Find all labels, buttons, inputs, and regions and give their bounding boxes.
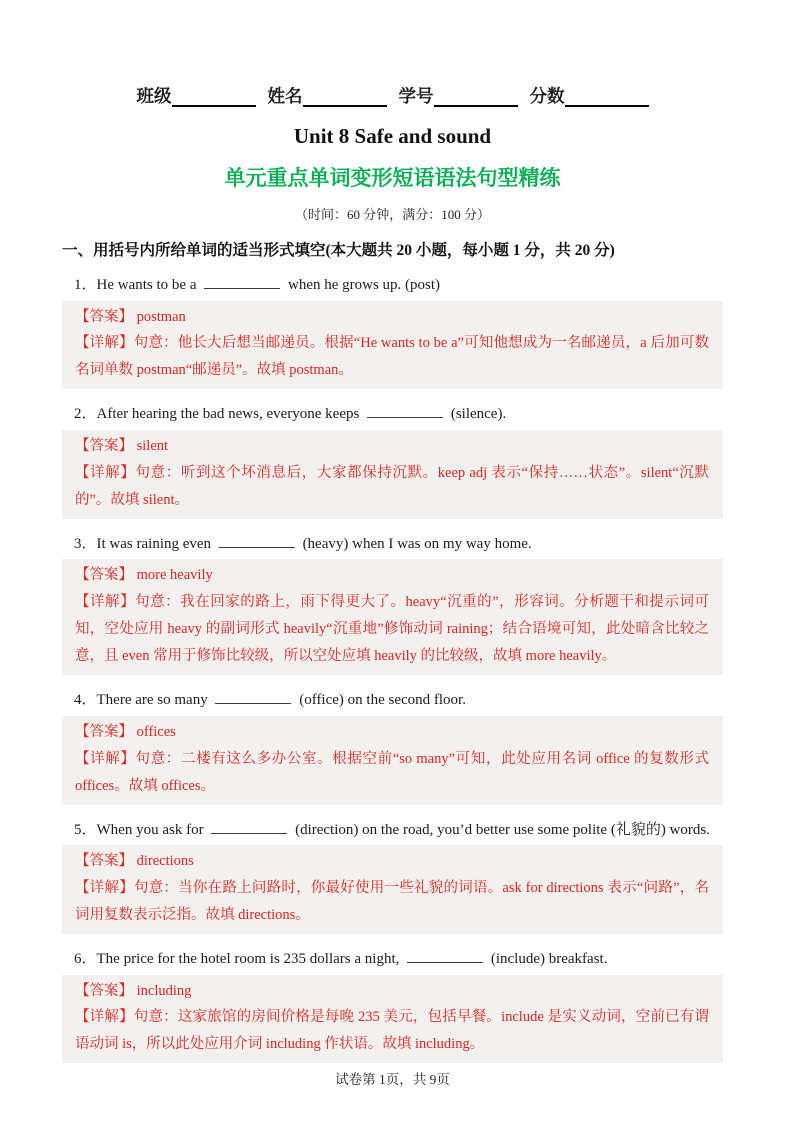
question-6-text-post: (include) breakfast. <box>491 951 608 967</box>
answer-label: 【答案】 <box>75 724 133 740</box>
field-student-id: 学号 <box>399 86 518 107</box>
question-6-number: 6． <box>74 951 97 967</box>
answer-explanation-2: 【详解】句意：听到这个坏消息后，大家都保持沉默。keep adj 表示“保持……… <box>75 460 709 514</box>
answer-explanation-4: 【详解】句意：二楼有这么多办公室。根据空前“so many”可知，此处应用名词 … <box>75 746 709 800</box>
question-3-answer-blank[interactable] <box>219 534 295 548</box>
answer-label: 【答案】 <box>75 309 133 325</box>
answer-value-5: directions <box>137 853 194 869</box>
question-4: 4．There are so many (office) on the seco… <box>62 690 723 711</box>
question-2-number: 2． <box>74 406 97 422</box>
question-2-answer-blank[interactable] <box>367 404 443 418</box>
question-2-text-pre: After hearing the bad news, everyone kee… <box>97 406 360 422</box>
field-score: 分数 <box>530 86 649 107</box>
question-4-text-post: (office) on the second floor. <box>299 692 466 708</box>
question-3: 3．It was raining even (heavy) when I was… <box>62 534 723 555</box>
question-4-text-pre: There are so many <box>97 692 208 708</box>
question-5-answer-blank[interactable] <box>211 820 287 834</box>
question-1-answer-blank[interactable] <box>204 275 280 289</box>
answer-label: 【答案】 <box>75 853 133 869</box>
question-1: 1．He wants to be a when he grows up. (po… <box>62 275 723 296</box>
answer-value-3: more heavily <box>137 567 213 583</box>
field-student-id-label: 学号 <box>399 86 434 107</box>
question-2-text-post: (silence). <box>451 406 506 422</box>
answer-value-4: offices <box>137 724 176 740</box>
answer-line-3: 【答案】 more heavily <box>75 562 709 589</box>
answer-explanation-1: 【详解】句意：他长大后想当邮递员。根据“He wants to be a”可知他… <box>75 330 709 384</box>
question-6: 6．The price for the hotel room is 235 do… <box>62 949 723 970</box>
question-3-text-pre: It was raining even <box>97 536 212 552</box>
answer-block-6: 【答案】 including 【详解】句意：这家旅馆的房间价格是每晚 235 美… <box>62 975 723 1064</box>
answer-value-1: postman <box>137 309 186 325</box>
answer-label: 【答案】 <box>75 983 133 999</box>
exam-page: 班级 姓名 学号 分数 Unit 8 Safe and sound 单元重点单词… <box>0 0 793 1122</box>
question-3-number: 3． <box>74 536 97 552</box>
page-footer: 试卷第 1页，共 9页 <box>62 1068 723 1088</box>
answer-value-6: including <box>137 983 192 999</box>
question-2: 2．After hearing the bad news, everyone k… <box>62 404 723 425</box>
answer-label: 【答案】 <box>75 438 133 454</box>
question-5-text-post: (direction) on the road, you’d better us… <box>295 822 710 838</box>
field-score-blank[interactable] <box>565 88 649 107</box>
answer-explanation-3: 【详解】句意：我在回家的路上，雨下得更大了。heavy“沉重的”，形容词。分析题… <box>75 589 709 670</box>
unit-title: Unit 8 Safe and sound <box>62 124 723 149</box>
answer-line-6: 【答案】 including <box>75 978 709 1005</box>
question-1-text-post: when he grows up. (post) <box>288 277 440 293</box>
answer-block-5: 【答案】 directions 【详解】句意：当你在路上问路时，你最好使用一些礼… <box>62 845 723 934</box>
field-class: 班级 <box>137 86 256 107</box>
question-5-text-pre: When you ask for <box>97 822 204 838</box>
answer-block-4: 【答案】 offices 【详解】句意：二楼有这么多办公室。根据空前“so ma… <box>62 716 723 805</box>
answer-block-1: 【答案】 postman 【详解】句意：他长大后想当邮递员。根据“He want… <box>62 301 723 390</box>
answer-explanation-5: 【详解】句意：当你在路上问路时，你最好使用一些礼貌的词语。ask for dir… <box>75 875 709 929</box>
student-info-line: 班级 姓名 学号 分数 <box>62 86 723 107</box>
answer-line-1: 【答案】 postman <box>75 304 709 331</box>
answer-block-2: 【答案】 silent 【详解】句意：听到这个坏消息后，大家都保持沉默。keep… <box>62 430 723 519</box>
field-name-blank[interactable] <box>303 88 387 107</box>
section-heading: 一、用括号内所给单词的适当形式填空(本大题共 20 小题，每小题 1 分，共 2… <box>62 238 723 260</box>
question-3-text-post: (heavy) when I was on my way home. <box>303 536 532 552</box>
question-1-text-pre: He wants to be a <box>97 277 197 293</box>
answer-label: 【答案】 <box>75 567 133 583</box>
answer-explanation-6: 【详解】句意：这家旅馆的房间价格是每晚 235 美元，包括早餐。include … <box>75 1004 709 1058</box>
exam-meta: （时间：60 分钟，满分：100 分） <box>62 204 723 223</box>
field-student-id-blank[interactable] <box>434 88 518 107</box>
field-score-label: 分数 <box>530 86 565 107</box>
question-4-number: 4． <box>74 692 97 708</box>
answer-line-4: 【答案】 offices <box>75 719 709 746</box>
question-5-number: 5． <box>74 822 97 838</box>
answer-value-2: silent <box>137 438 168 454</box>
answer-line-5: 【答案】 directions <box>75 848 709 875</box>
subtitle: 单元重点单词变形短语语法句型精练 <box>62 162 723 192</box>
field-name-label: 姓名 <box>268 86 303 107</box>
question-5: 5．When you ask for (direction) on the ro… <box>62 820 723 841</box>
question-6-text-pre: The price for the hotel room is 235 doll… <box>97 951 400 967</box>
answer-line-2: 【答案】 silent <box>75 433 709 460</box>
field-class-blank[interactable] <box>172 88 256 107</box>
field-class-label: 班级 <box>137 86 172 107</box>
field-name: 姓名 <box>268 86 387 107</box>
question-4-answer-blank[interactable] <box>215 690 291 704</box>
question-6-answer-blank[interactable] <box>407 949 483 963</box>
answer-block-3: 【答案】 more heavily 【详解】句意：我在回家的路上，雨下得更大了。… <box>62 559 723 675</box>
question-1-number: 1． <box>74 277 97 293</box>
